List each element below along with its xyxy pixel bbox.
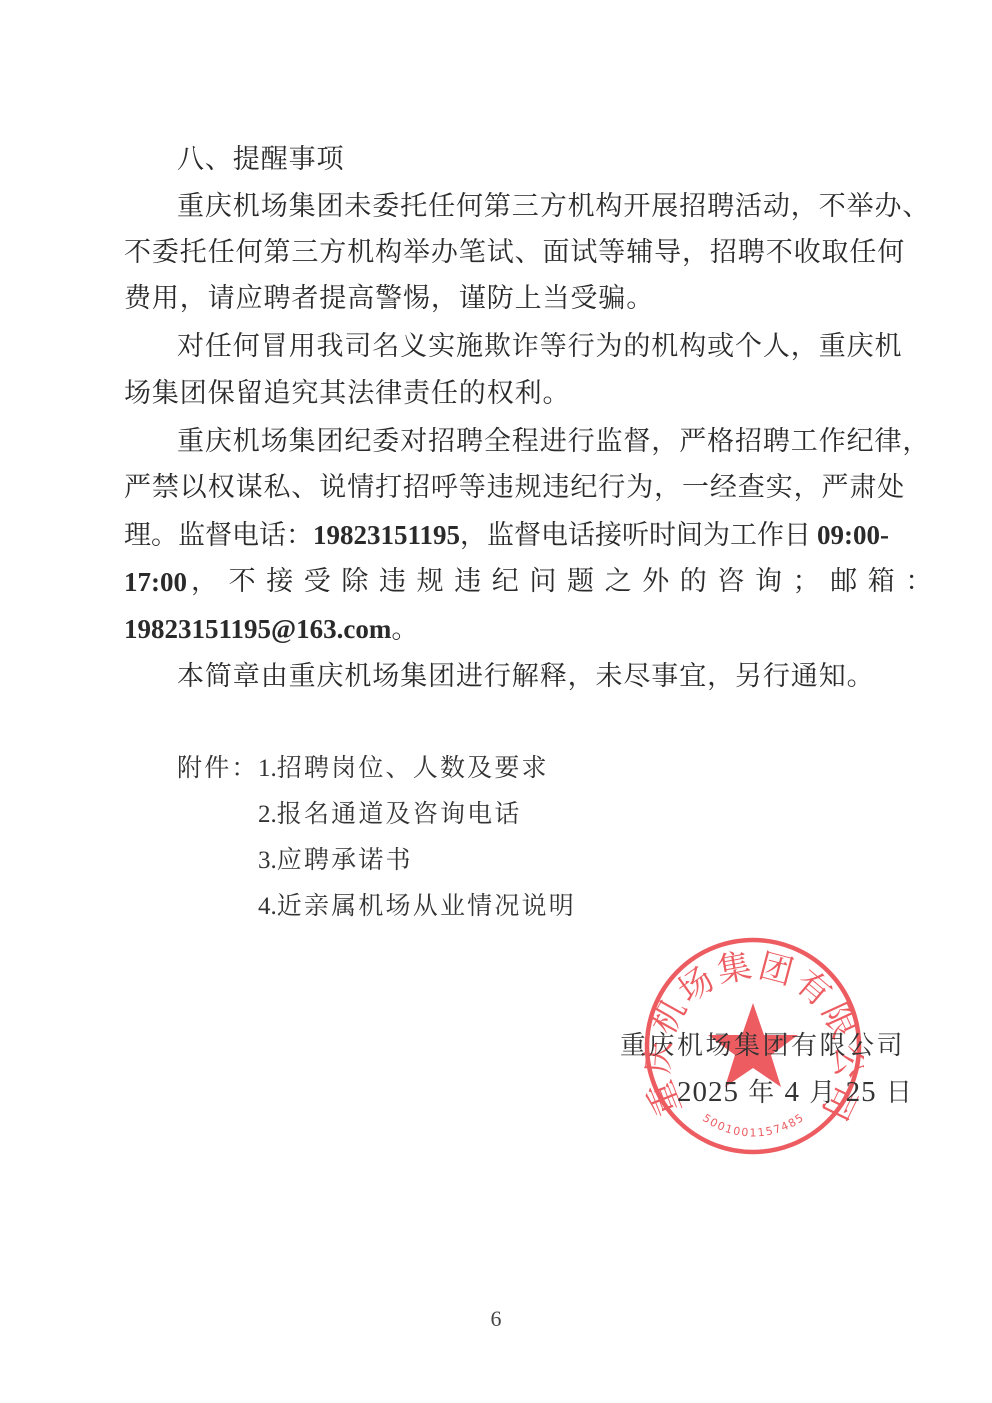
attachment-item: 3.应聘承诺书 [258, 844, 413, 877]
date-year-unit: 年 [739, 1078, 785, 1108]
paragraph-line: 本简章由重庆机场集团进行解释，未尽事宜，另行通知。 [177, 660, 878, 694]
attachment-title: 应聘承诺书 [277, 845, 413, 874]
signature-date: 2025 年 4 月 25 日 [677, 1076, 913, 1109]
date-day: 25 [846, 1076, 877, 1108]
attachment-item: 1.招聘岗位、人数及要求 [258, 752, 549, 785]
attachments-label: 附件： [177, 752, 259, 784]
paragraph-line: 场集团保留追究其法律责任的权利。 [124, 377, 878, 411]
section-heading: 八、提醒事项 [177, 143, 931, 177]
attachment-number: 1. [258, 755, 277, 782]
attachment-number: 2. [258, 801, 277, 828]
supervision-prefix: 理。监督电话： [124, 520, 313, 551]
paragraph-line: 不委托任何第三方机构举办笔试、面试等辅导，招聘不收取任何 [124, 236, 878, 270]
attachment-title: 招聘岗位、人数及要求 [277, 753, 549, 782]
date-month-unit: 月 [800, 1078, 846, 1108]
paragraph-line: 重庆机场集团纪委对招聘全程进行监督，严格招聘工作纪律， [177, 425, 878, 459]
page-number: 6 [0, 1306, 992, 1332]
paragraph-line-email: 19823151195@163.com。 [124, 612, 878, 647]
date-day-unit: 日 [877, 1078, 913, 1108]
attachment-title: 报名通道及咨询电话 [277, 799, 522, 828]
seal-code: 5001001157485 [700, 1111, 807, 1140]
attachment-item: 4.近亲属机场从业情况说明 [258, 890, 576, 923]
paragraph-line: 费用，请应聘者提高警惕，谨防上当受骗。 [124, 282, 878, 316]
email-suffix: 。 [391, 614, 418, 645]
paragraph-line: 对任何冒用我司名义实施欺诈等行为的机构或个人，重庆机 [177, 330, 878, 364]
signature-company: 重庆机场集团有限公司 [620, 1030, 905, 1062]
paragraph-line: 重庆机场集团未委托任何第三方机构开展招聘活动，不举办、 [177, 190, 878, 224]
supervision-phone: 19823151195 [313, 520, 460, 550]
date-month: 4 [785, 1076, 801, 1108]
attachment-item: 2.报名通道及咨询电话 [258, 798, 522, 831]
hours-start: 09:00- [817, 520, 889, 550]
attachment-title: 近亲属机场从业情况说明 [277, 891, 576, 920]
paragraph-line-hours: 17:00 ，不接受除违规违纪问题之外的咨询；邮箱： [124, 565, 878, 599]
supervision-mid: ，监督电话接听时间为工作日 [460, 520, 811, 551]
date-year: 2025 [677, 1076, 739, 1108]
hours-end: 17:00 [124, 565, 187, 599]
attachment-number: 3. [258, 847, 277, 874]
attachment-number: 4. [258, 893, 277, 920]
no-consult-text: ，不接受除违规违纪问题之外的咨询；邮箱： [191, 565, 943, 599]
supervision-email: 19823151195@163.com [124, 614, 391, 644]
document-page: 八、提醒事项 重庆机场集团未委托任何第三方机构开展招聘活动，不举办、 不委托任何… [0, 0, 992, 1403]
paragraph-line-supervision-phone: 理。监督电话：19823151195，监督电话接听时间为工作日09:00- [124, 518, 878, 553]
paragraph-line: 严禁以权谋私、说情打招呼等违规违纪行为，一经查实，严肃处 [124, 471, 878, 505]
